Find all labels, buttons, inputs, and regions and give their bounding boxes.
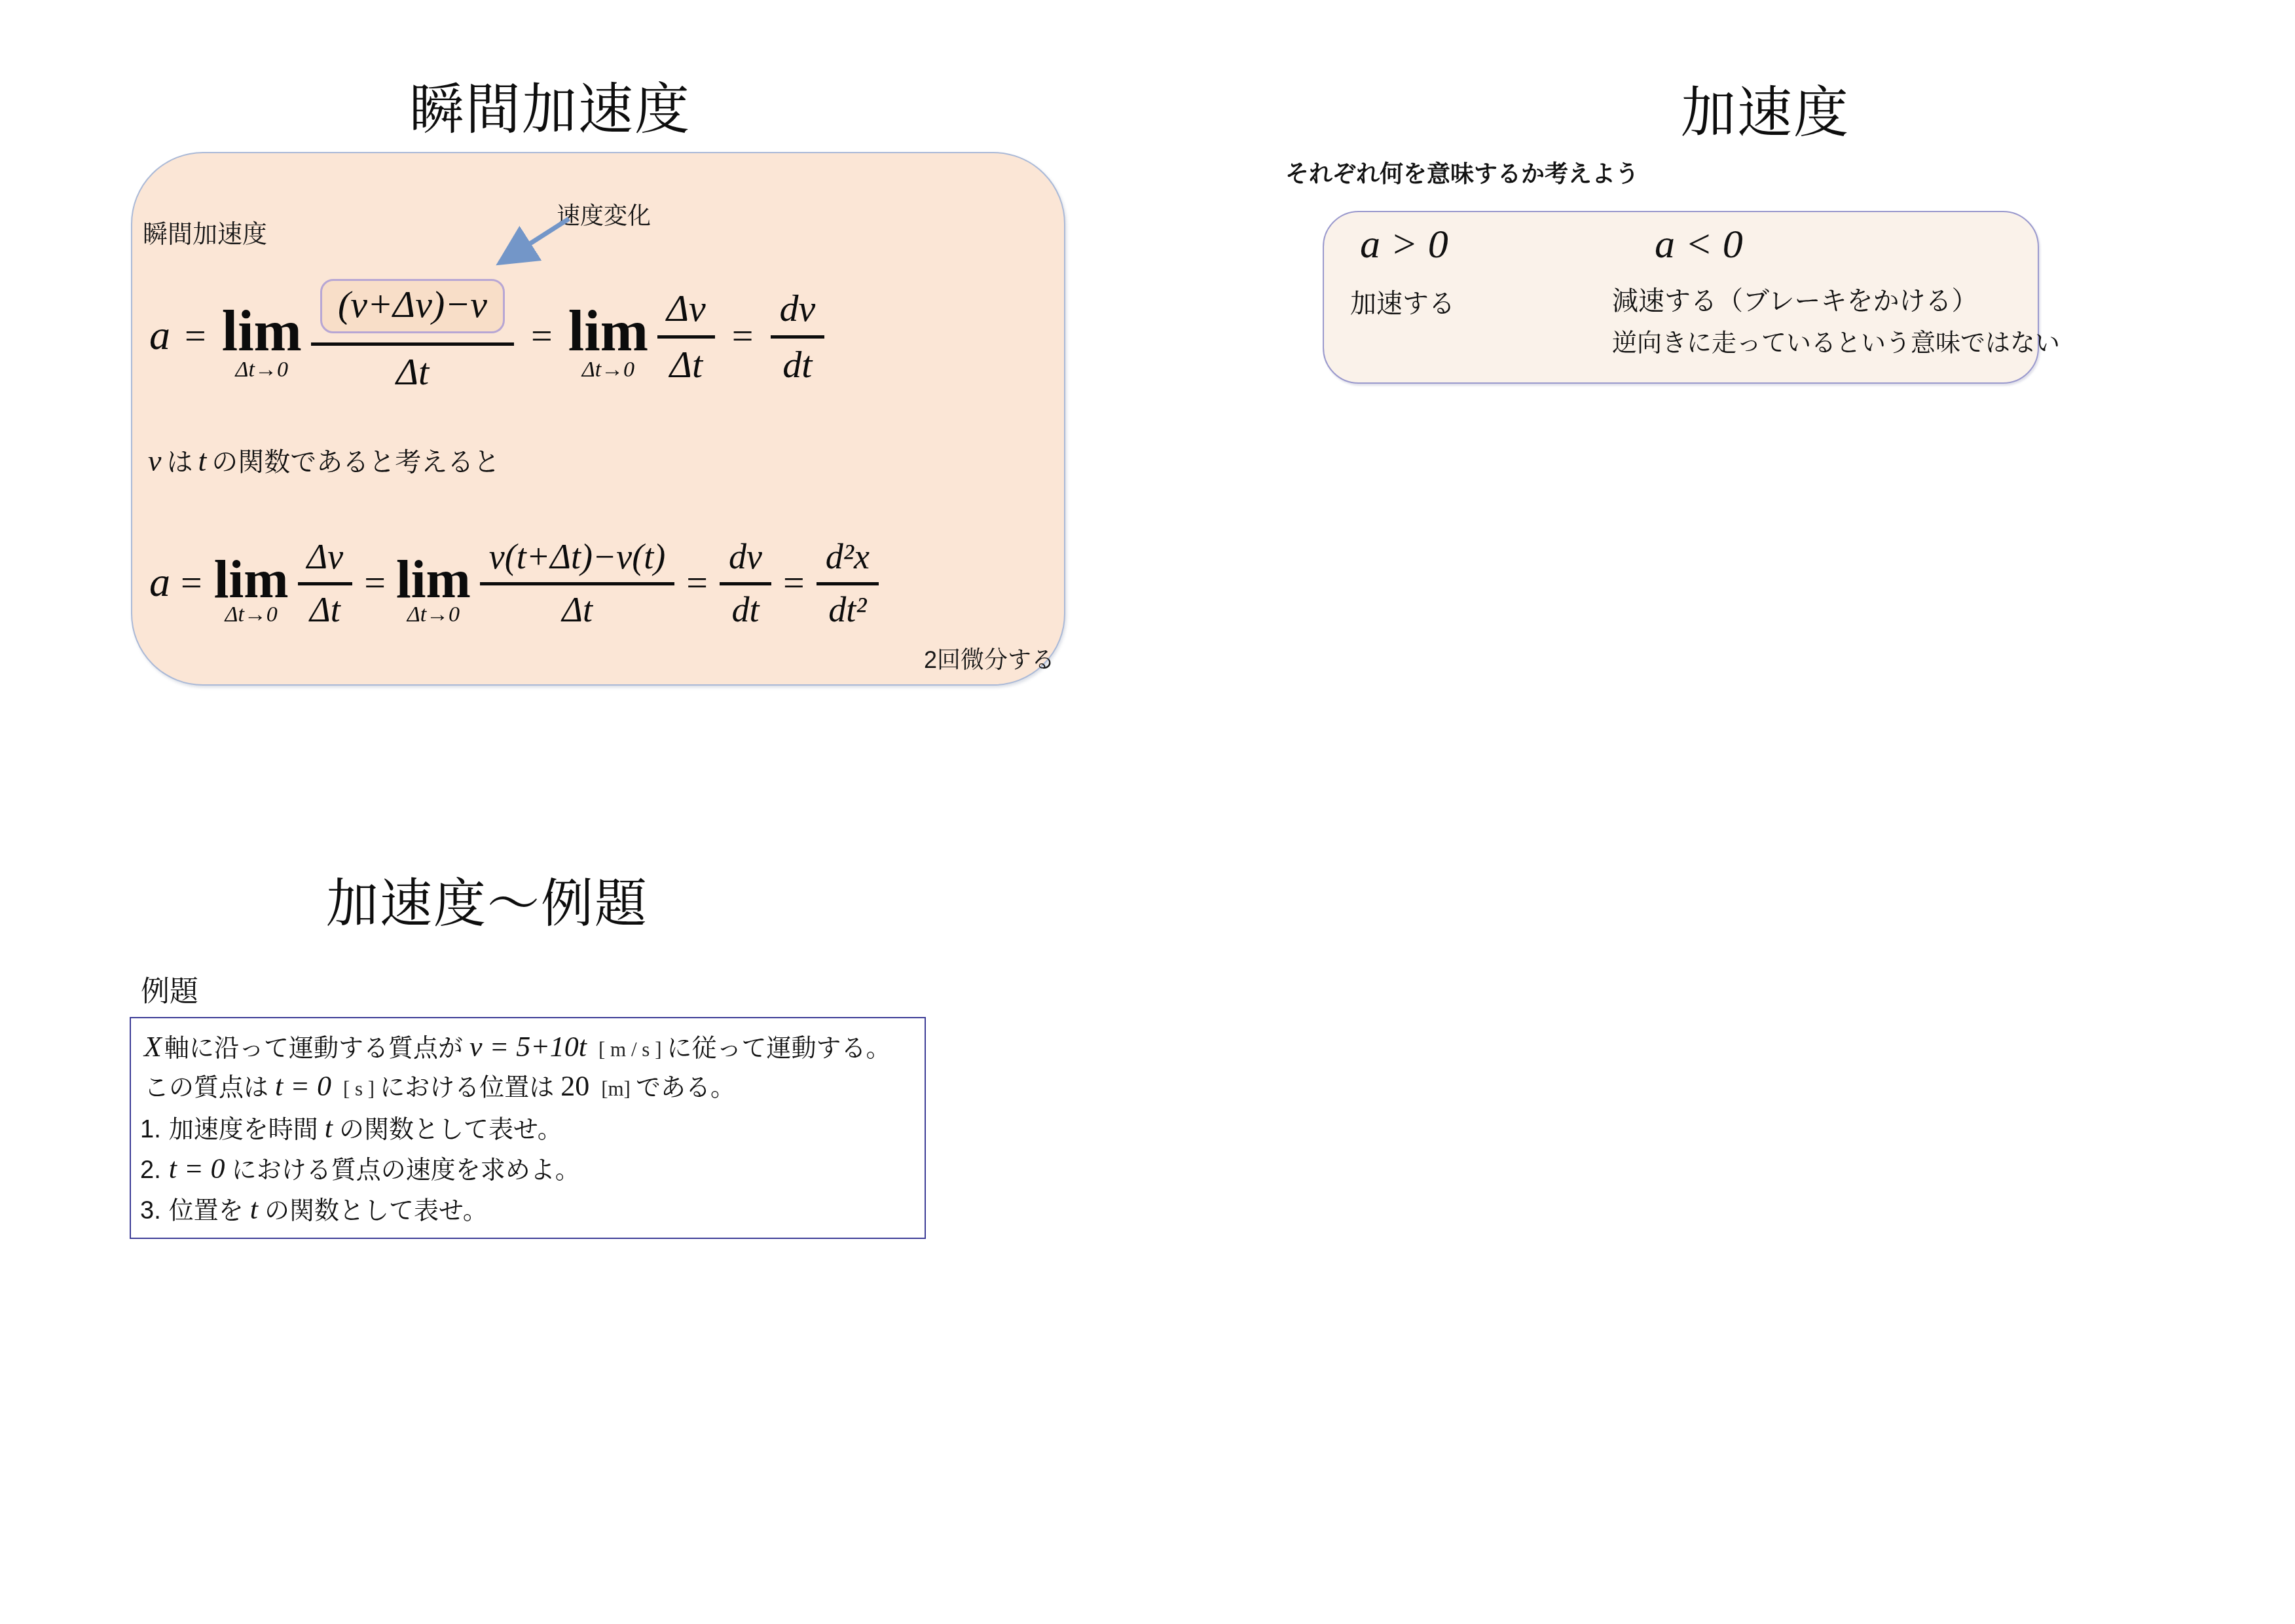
fraction-denominator: Δt — [562, 585, 593, 630]
fraction-numerator: d²x — [817, 535, 879, 585]
problem-statement-line2: この質点は t = 0 [ s ] における位置は 20 [m] である。 — [144, 1067, 735, 1103]
item-number: 3. — [140, 1197, 161, 1225]
fraction-d2x-dt2: d²x dt² — [817, 535, 879, 630]
velocity-change-highlight-box: (v+Δv)−v — [320, 279, 505, 333]
lim-word: lim — [568, 308, 648, 357]
slide2-lead-text: それぞれ何を意味するか考えよう — [1285, 156, 1639, 189]
equals-sign: = — [185, 314, 206, 358]
lim-subscript: Δt→0 — [236, 357, 288, 384]
slide1-title: 瞬間加速度 — [409, 65, 691, 145]
unit-m: [m] — [601, 1077, 631, 1101]
limit-operator: lim Δt→0 — [568, 308, 648, 384]
limit-operator: lim Δt→0 — [214, 557, 289, 629]
equals-sign: = — [732, 314, 754, 358]
a-negative-expression: a < 0 — [1655, 221, 1743, 268]
equals-sign: = — [686, 561, 708, 604]
fraction-numerator: dv — [771, 285, 825, 339]
fraction-numerator: Δv — [657, 285, 715, 339]
math-var-v: v — [148, 443, 161, 478]
limit-operator: lim Δt→0 — [222, 308, 302, 384]
lim-subscript: Δt→0 — [582, 357, 634, 384]
question-text: 位置を — [169, 1190, 244, 1226]
equals-sign: = — [181, 561, 202, 604]
note-text: の関数であると考えると — [211, 441, 500, 479]
question-text: 加速度を時間 — [169, 1109, 318, 1145]
problem-text: における位置は — [380, 1067, 554, 1103]
question-text: における質点の速度を求めよ。 — [232, 1149, 580, 1185]
math-var-t: t — [325, 1111, 333, 1145]
fraction-denominator: dt — [782, 339, 812, 386]
fraction-denominator: Δt — [310, 585, 340, 630]
handout-page: { "slide1": { "title": "瞬間加速度", "box_lab… — [0, 0, 2295, 1624]
lim-subscript: Δt→0 — [225, 602, 277, 629]
slide2-sign-box: a > 0 a < 0 加速する 減速する（ブレーキをかける） 逆向きに走ってい… — [1323, 211, 2039, 384]
math-var-t: t — [198, 443, 206, 478]
fraction-derivative: dv dt — [771, 285, 825, 386]
fraction-denominator: dt² — [828, 585, 866, 630]
a-positive-expression: a > 0 — [1360, 221, 1448, 268]
twice-differentiate-note: 2回微分する — [924, 642, 1055, 675]
slide2-title: 加速度 — [1681, 69, 1850, 148]
position-value: 20 — [560, 1069, 589, 1103]
question-text: の関数として表せ。 — [339, 1109, 562, 1145]
formula-instantaneous-acceleration: a = lim Δt→0 (v+Δv)−v Δt = lim Δt→0 Δv Δ… — [149, 237, 830, 434]
slide3-title: 加速度～例題 — [326, 861, 648, 936]
lim-word: lim — [396, 557, 471, 602]
fraction-numerator: Δv — [298, 535, 353, 585]
question-item-3: 3. 位置を t の関数として表せ。 — [140, 1190, 488, 1226]
example-problem-box: X 軸に沿って運動する質点が v = 5+10t [ m / s ] に従って運… — [130, 1017, 926, 1239]
fraction-dv-dt: dv dt — [720, 535, 771, 630]
fraction-velocity-change: (v+Δv)−v Δt — [311, 278, 514, 394]
item-number: 1. — [140, 1116, 161, 1144]
math-var-a: a — [149, 558, 170, 606]
lim-word: lim — [222, 308, 302, 357]
problem-text: この質点は — [144, 1067, 268, 1103]
fraction-numerator: dv — [720, 535, 771, 585]
question-item-2: 2. t = 0 における質点の速度を求めよ。 — [140, 1149, 580, 1185]
unit-s: [ s ] — [343, 1077, 375, 1101]
fraction-dv-dt-delta: Δv Δt — [657, 285, 715, 386]
formula-second-derivative: a = lim Δt→0 Δv Δt = lim Δt→0 v(t+Δt)−v(… — [149, 487, 884, 677]
lim-subscript: Δt→0 — [407, 602, 460, 629]
question-item-1: 1. 加速度を時間 t の関数として表せ。 — [140, 1109, 562, 1145]
equals-sign: = — [531, 314, 553, 358]
item-number: 2. — [140, 1156, 161, 1185]
question-text: の関数として表せ。 — [265, 1190, 488, 1226]
slide1-content-box: 瞬間加速度 速度変化 a = lim Δt→0 (v+Δv)−v Δt = li… — [131, 152, 1065, 686]
not-reverse-description: 逆向きに走っているという意味ではない — [1612, 322, 2060, 358]
problem-statement-line1: X 軸に沿って運動する質点が v = 5+10t [ m / s ] に従って運… — [144, 1027, 891, 1063]
fraction-numerator: (v+Δv)−v — [311, 278, 514, 346]
accelerate-description: 加速する — [1350, 283, 1455, 320]
example-label: 例題 — [141, 968, 198, 1010]
fraction-numerator: v(t+Δt)−v(t) — [480, 535, 674, 585]
fraction-difference-quotient: v(t+Δt)−v(t) Δt — [480, 535, 674, 630]
unit-m-per-s: [ m / s ] — [598, 1038, 661, 1061]
fraction-denominator: Δt — [670, 339, 703, 386]
fraction-delta: Δv Δt — [298, 535, 353, 630]
math-var-t: t — [250, 1192, 258, 1226]
equals-sign: = — [364, 561, 386, 604]
fraction-denominator: Δt — [396, 346, 429, 394]
fraction-denominator: dt — [732, 585, 760, 630]
problem-text: である。 — [636, 1067, 735, 1103]
math-var-x: X — [144, 1030, 162, 1063]
note-text: は — [166, 441, 193, 479]
problem-text: 軸に沿って運動する質点が — [164, 1027, 463, 1063]
decelerate-description: 減速する（ブレーキをかける） — [1612, 280, 1977, 318]
problem-text: に従って運動する。 — [667, 1027, 890, 1063]
math-var-a: a — [149, 311, 170, 360]
velocity-equation: v = 5+10t — [469, 1030, 587, 1063]
time-equation: t = 0 — [169, 1152, 225, 1185]
lim-word: lim — [214, 557, 289, 602]
limit-operator: lim Δt→0 — [396, 557, 471, 629]
time-equation: t = 0 — [275, 1069, 331, 1103]
function-note: v は t の関数であると考えると — [143, 441, 500, 479]
equals-sign: = — [783, 561, 805, 604]
